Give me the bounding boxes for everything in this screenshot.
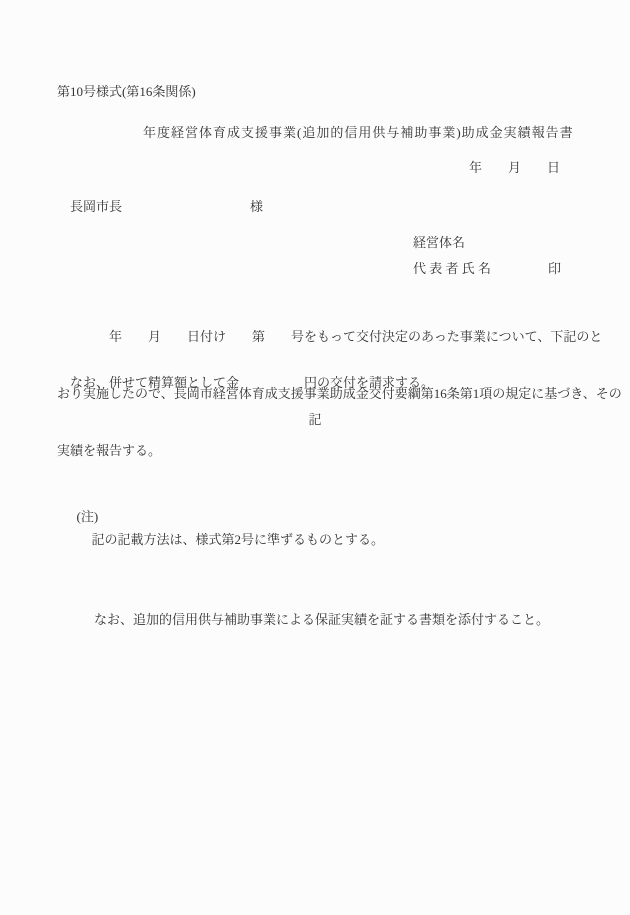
note-row: (注) 記の記載方法は、様式第2号に準ずるものとする。: [57, 482, 549, 574]
section-heading-ki: 記: [0, 411, 630, 428]
seal-label: 印: [548, 260, 561, 277]
document-page: 第10号様式(第16条関係) 年度経営体育成支援事業(追加的信用供与補助事業)助…: [0, 0, 630, 915]
note-line-2: なお、追加的信用供与補助事業による保証実績を証する書類を添付すること。: [57, 608, 549, 631]
note-label: (注): [77, 505, 99, 528]
document-title: 年度経営体育成支援事業(追加的信用供与補助事業)助成金実績報告書: [143, 124, 574, 141]
note-line-1: 記の記載方法は、様式第2号に準ずるものとする。: [92, 528, 385, 551]
settlement-request-line: なお、併せて精算額として金 円の交付を請求する。: [70, 374, 434, 391]
notes-block: (注) 記の記載方法は、様式第2号に準ずるものとする。 なお、追加的信用供与補助…: [57, 448, 549, 665]
date-line: 年 月 日: [469, 159, 560, 176]
form-number: 第10号様式(第16条関係): [57, 83, 196, 100]
addressee-name: 長岡市長: [70, 198, 122, 215]
paragraph-line: 年 月 日付け 第 号をもって交付決定のあった事業について、下記のと: [57, 325, 620, 348]
addressee-honorific: 様: [250, 198, 263, 215]
representative-name-label: 代 表 者 氏 名: [413, 260, 491, 277]
entity-name-label: 経営体名: [413, 234, 465, 251]
